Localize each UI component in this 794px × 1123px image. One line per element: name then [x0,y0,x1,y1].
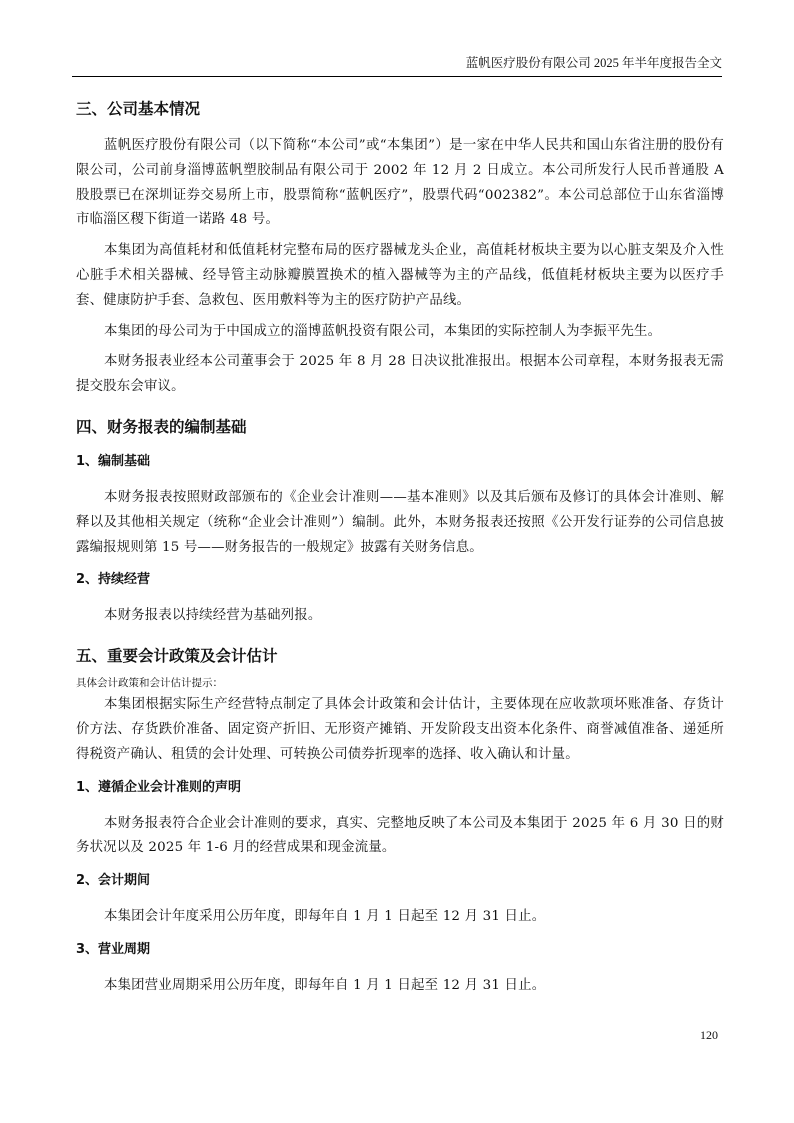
section-title-accounting-policies: 五、重要会计政策及会计估计 [76,645,724,667]
subsection-title: 3、营业周期 [76,940,724,960]
document-body: 三、公司基本情况 蓝帆医疗股份有限公司（以下简称“本公司”或“本集团”）是一家在… [76,92,724,1005]
paragraph: 本财务报表业经本公司董事会于 2025 年 8 月 28 日决议批准报出。根据本… [76,350,724,400]
subsection-title: 2、会计期间 [76,871,724,891]
subsection-title: 1、编制基础 [76,452,724,472]
paragraph: 本财务报表按照财政部颁布的《企业会计准则——基本准则》以及其后颁布及修订的具体会… [76,486,724,560]
paragraph: 本财务报表以持续经营为基础列报。 [76,604,724,629]
paragraph: 本集团为高值耗材和低值耗材完整布局的医疗器械龙头企业，高值耗材板块主要为以心脏支… [76,239,724,313]
paragraph: 本集团根据实际生产经营特点制定了具体会计政策和会计估计，主要体现在应收款项坏账准… [76,693,724,767]
paragraph: 蓝帆医疗股份有限公司（以下简称“本公司”或“本集团”）是一家在中华人民共和国山东… [76,134,724,233]
page-header: 蓝帆医疗股份有限公司 2025 年半年度报告全文 [72,54,722,77]
paragraph: 本集团营业周期采用公历年度，即每年自 1 月 1 日起至 12 月 31 日止。 [76,974,724,999]
paragraph: 本集团会计年度采用公历年度，即每年自 1 月 1 日起至 12 月 31 日止。 [76,905,724,930]
subsection-title: 1、遵循企业会计准则的声明 [76,778,724,798]
section-title-basis-of-preparation: 四、财务报表的编制基础 [76,416,724,438]
paragraph: 本集团的母公司为于中国成立的淄博蓝帆投资有限公司，本集团的实际控制人为李振平先生… [76,320,724,345]
section-title-company-info: 三、公司基本情况 [76,98,724,120]
paragraph: 本财务报表符合企业会计准则的要求，真实、完整地反映了本公司及本集团于 2025 … [76,812,724,862]
subsection-title: 2、持续经营 [76,570,724,590]
policy-hint: 具体会计政策和会计估计提示： [76,675,724,691]
header-title: 蓝帆医疗股份有限公司 2025 年半年度报告全文 [466,53,722,71]
page-number: 120 [700,1028,718,1043]
